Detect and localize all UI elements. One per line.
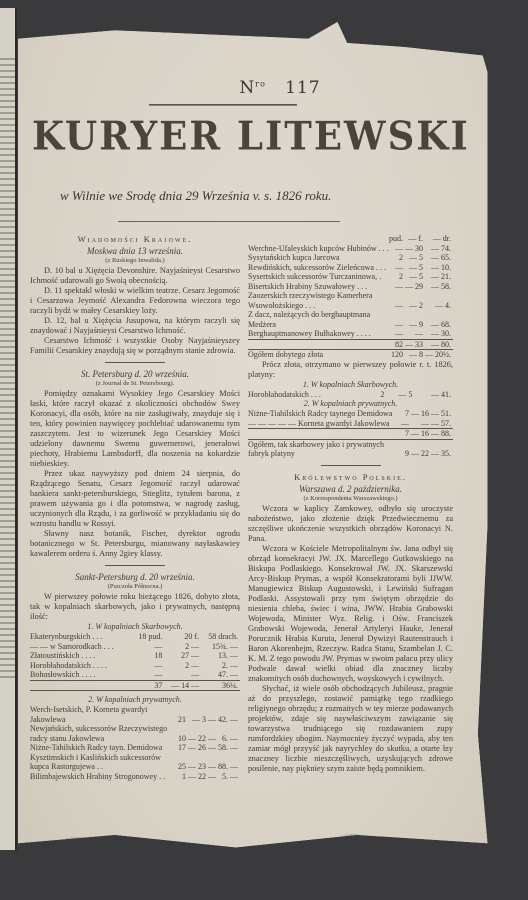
- source-warszawa: (z Korrespondenta Warszawskiego.): [248, 494, 453, 504]
- table-total-row: 82 — 33 — 80.: [248, 339, 453, 350]
- pud-value: —: [389, 282, 405, 292]
- mine-name: Niżne-Tahilskich Radcy tayn. Demidowa: [30, 743, 178, 753]
- separator: [321, 465, 381, 466]
- table-row: Niżne-Tahilskich Radcy tayn. Demidowa 17…: [30, 743, 240, 753]
- dr-value: 58. —: [218, 743, 240, 753]
- f-value: — 26 —: [188, 743, 218, 753]
- table-row: Kysztimskich i Kaslińskich sukcessorów k…: [30, 753, 240, 772]
- mine-name: Sysertskich sukcessorów Turczaninowa, .: [248, 272, 389, 282]
- table-row: Horobłahodatskich . . . 2 — 5 — 41.: [248, 390, 453, 400]
- dateline: w Wilnie we Srodę dnia 29 Września v. s.…: [60, 188, 460, 204]
- dr-total: 36¼.: [201, 680, 240, 691]
- source-sankt-petersburg: (Pszczoła Północna.): [30, 582, 240, 592]
- table-row: Zaozerskich rzeczywistego Kamerhera Wsow…: [248, 291, 453, 310]
- dr-grand-total: — 35.: [431, 439, 453, 459]
- pud-value: —: [389, 244, 405, 254]
- f-value: — 5: [386, 390, 414, 400]
- issue-prefix: N: [239, 78, 255, 98]
- table-total-row: 37 — 14 — 36¼.: [30, 680, 240, 691]
- pud-value: 2: [389, 253, 405, 263]
- f-value: — 22 —: [188, 772, 218, 782]
- f-value: — 3 —: [188, 705, 218, 724]
- dr-value: — 74.: [425, 244, 453, 254]
- table-total-row: 7 — 16 — 88.: [248, 429, 453, 440]
- f-value: — 5: [405, 263, 425, 273]
- dr-total: — 80.: [425, 339, 453, 350]
- table-row: Bilimbajewskich Hrabiny Strogonowey . . …: [30, 772, 240, 782]
- dr-value: — 65.: [425, 253, 453, 263]
- right-column: pud. — f. — dr. Werchne-Ufaleyskich kupc…: [248, 234, 453, 774]
- table-header-row: pud. — f. — dr.: [248, 234, 453, 244]
- pud-value: 17: [178, 743, 188, 753]
- mine-name: Werchne-Ufaleyskich kupców Hubinów . . .: [248, 244, 389, 254]
- previous-page-edge: [0, 8, 17, 850]
- paragraph: D. 12, bal u Xiężęcia Jusupowa, na który…: [30, 316, 240, 336]
- table-row: Werchne-Ufaleyskich kupców Hubinów . . .…: [248, 244, 453, 254]
- pud-value: 7: [401, 409, 411, 419]
- pud-value: —: [389, 329, 405, 339]
- dr-total: — 88.: [431, 429, 453, 440]
- f-total: — 14 —: [164, 680, 201, 691]
- pud-value: —: [389, 263, 405, 273]
- table-row: Bisertskich Hrabiny Szuwałowey . . . — —…: [248, 282, 453, 292]
- f-value: —: [411, 419, 431, 429]
- pud-value: 2: [376, 390, 387, 400]
- section-header-poland: Królewstwo Polskie.: [248, 472, 453, 482]
- ink-stain: [338, 834, 368, 844]
- pud-value: 10: [178, 724, 188, 743]
- paragraph: D. 11 spektakl włoski w wielkim teatrze.…: [30, 286, 240, 316]
- pud-value: —: [389, 310, 405, 329]
- pud-value: —: [389, 291, 405, 310]
- table-row: Sysytańskich kupca Jarcowa 2 — 5 — 65.: [248, 253, 453, 263]
- dr-value: — 57.: [431, 419, 453, 429]
- pud-total: 7: [401, 429, 411, 440]
- masthead-rule: [149, 104, 297, 106]
- place-warszawa: Warszawa d. 2 października.: [248, 484, 453, 494]
- place-petersburg: St. Petersburg d. 20 września.: [30, 369, 240, 379]
- dr-value: — 41.: [414, 390, 453, 400]
- f-grand-total: — 22: [411, 439, 431, 459]
- paragraph: Pomiędzy oznakami Wysokiey Jego Cesarski…: [30, 389, 240, 469]
- paragraph: Sławny nasz botanik, Fischer, dyrektor o…: [30, 529, 240, 559]
- table-row: Sysertskich sukcessorów Turczaninowa, . …: [248, 272, 453, 282]
- f-grand-total: — 8: [405, 350, 425, 360]
- f-value: — 16: [411, 409, 431, 419]
- f-value: — 29: [405, 282, 425, 292]
- source-moskwa: (z Ruskiego Inwalida.): [30, 256, 240, 266]
- grand-total-label: Ogółem, tak skarbowey jako i prywatnych …: [248, 439, 401, 459]
- mine-name: Bohosłowskich . . . .: [30, 670, 133, 680]
- mine-name: Horobłahodatskich . . . .: [30, 661, 133, 671]
- place-moskwa: Moskwa dnia 13 września.: [30, 246, 240, 256]
- mine-name: — — w Samorodkach . . .: [30, 642, 133, 652]
- pud-value: 21: [178, 705, 188, 724]
- issue-number-value: 117: [285, 78, 320, 98]
- pud-value: —: [401, 419, 411, 429]
- table-row: Bohosłowskich . . . . — — 47. —: [30, 670, 240, 680]
- dr-value: 2. —: [201, 661, 240, 671]
- paragraph: Wczora w kaplicy Zamkowey, odbyło się ur…: [248, 504, 453, 544]
- paragraph: Wczora w Kościele Metropolitalnym św. Ja…: [248, 544, 453, 684]
- mine-name: Zaozerskich rzeczywistego Kamerhera Wsow…: [248, 291, 389, 310]
- mine-name: Niżne-Tiahilskich Radcy taynego Demidowa: [248, 409, 401, 419]
- f-value: — 2: [405, 291, 425, 310]
- newspaper-page: Nro 117 KURYER LITEWSKI w Wilnie we Srod…: [18, 22, 502, 860]
- dr-value: 88. —: [218, 753, 240, 772]
- issue-sup: ro: [255, 79, 266, 88]
- paragraph: Prócz złota, otrzymano w pierwszey połow…: [248, 360, 453, 380]
- gold-private-mines-table: Werch-Isetskich, P. Korneta gwardyi Jako…: [30, 705, 240, 781]
- dateline-rule: [118, 221, 340, 222]
- dr-value: 58 drach.: [201, 632, 240, 642]
- paragraph: Cesarstwo Ichmość i wszystkie Osoby Nayj…: [30, 336, 240, 356]
- f-header: — f.: [405, 234, 425, 244]
- f-total: — 16: [411, 429, 431, 440]
- dr-value: — 30.: [425, 329, 453, 339]
- mine-name: Ekaterynburgskich . . .: [30, 632, 133, 642]
- table-row: — — w Samorodkach . . . — 2 — 15¾. —: [30, 642, 240, 652]
- grand-total-row: Ogółem, tak skarbowey jako i prywatnych …: [248, 439, 453, 459]
- pud-value: 25: [178, 753, 188, 772]
- place-sankt-petersburg: Sankt-Petersburg d. 20 września.: [30, 572, 240, 582]
- table-row: Złatoustińskich . . . . 18 27 — 13. —: [30, 651, 240, 661]
- table-row: Ekaterynburgskich . . . 18 pud. 20 f. 58…: [30, 632, 240, 642]
- f-value: — 23 —: [188, 753, 218, 772]
- mine-name: Berghauptmanowey Bułhakowey . . . .: [248, 329, 389, 339]
- separator: [105, 565, 165, 566]
- subsection-title: 2. W kopalniach prywatnych.: [30, 695, 240, 705]
- mine-name: — — — — — Korneta gwardyi Jakowlewa: [248, 419, 401, 429]
- table-row: Horobłahodatskich . . . . — 2 — 2. —: [30, 661, 240, 671]
- mine-name: Sysytańskich kupca Jarcowa: [248, 253, 389, 263]
- subsection-title: 2. W kopalniach prywatnych.: [248, 399, 453, 409]
- table-row: Z dacz, należących do berghauptmana Medż…: [248, 310, 453, 329]
- table-row: Rewdińskich, sukcessorów Zieleńcowa . . …: [248, 263, 453, 273]
- pud-value: —: [133, 661, 165, 671]
- pud-grand-total: 120: [389, 350, 405, 360]
- dr-value: — 51.: [431, 409, 453, 419]
- table-row: Newjańskich, sukcessorów Rzeczywistego r…: [30, 724, 240, 743]
- f-value: 2 —: [164, 642, 201, 652]
- mine-name: Werch-Isetskich, P. Korneta gwardyi Jako…: [30, 705, 178, 724]
- f-value: 20 f.: [164, 632, 201, 642]
- mine-name: Horobłahodatskich . . .: [248, 390, 376, 400]
- f-total: — 33: [405, 339, 425, 350]
- dr-value: 15¾. —: [201, 642, 240, 652]
- paragraph: W pierwszey połowie roku bieżącego 1826,…: [30, 592, 240, 622]
- f-value: 27 —: [164, 651, 201, 661]
- table-row: Werch-Isetskich, P. Korneta gwardyi Jako…: [30, 705, 240, 724]
- pud-grand-total: 9: [401, 439, 411, 459]
- dr-value: 6. —: [218, 724, 240, 743]
- platinum-state-mines-table: Horobłahodatskich . . . 2 — 5 — 41.: [248, 390, 453, 400]
- f-value: 2 —: [164, 661, 201, 671]
- table-row: Berghauptmanowey Bułhakowey . . . . — — …: [248, 329, 453, 339]
- platinum-private-mines-table: Niżne-Tiahilskich Radcy taynego Demidowa…: [248, 409, 453, 459]
- dr-value: 42. —: [218, 705, 240, 724]
- f-value: —: [405, 329, 425, 339]
- gold-private-mines-continued-table: pud. — f. — dr. Werchne-Ufaleyskich kupc…: [248, 234, 453, 360]
- issue-number: Nro 117: [18, 78, 502, 98]
- subsection-title: 1. W kopalniach Skarbowych.: [248, 380, 453, 390]
- left-column: Wiadomości Krajowe. Moskwa dnia 13 wrześ…: [30, 234, 240, 781]
- pud-total: 82: [389, 339, 405, 350]
- dr-value: — 10.: [425, 263, 453, 273]
- dr-header: — dr.: [425, 234, 453, 244]
- gold-state-mines-table: Ekaterynburgskich . . . 18 pud. 20 f. 58…: [30, 632, 240, 691]
- ink-stain: [58, 837, 98, 849]
- pud-value: 18: [133, 651, 165, 661]
- paragraph: Przez ukaz naywyższy pod dniem 24 sierpn…: [30, 469, 240, 529]
- source-petersburg: (z Journal de St. Petersbourg).: [30, 379, 240, 389]
- f-value: — 5: [405, 272, 425, 282]
- table-row: Niżne-Tiahilskich Radcy taynego Demidowa…: [248, 409, 453, 419]
- dr-value: — 68.: [425, 310, 453, 329]
- mine-name: Kysztimskich i Kaslińskich sukcessorów k…: [30, 753, 178, 772]
- f-value: — 5: [405, 253, 425, 263]
- mine-name: Newjańskich, sukcessorów Rzeczywistego r…: [30, 724, 178, 743]
- previous-page-text: [0, 58, 15, 678]
- paragraph: D. 10 bal u Xiężęcia Devonshire. Nayjaśn…: [30, 266, 240, 286]
- paragraph: Słychać, iż wiele osób obchodzących Jubi…: [248, 684, 453, 774]
- pud-total: 37: [133, 680, 165, 691]
- table-row: — — — — — Korneta gwardyi Jakowlewa — — …: [248, 419, 453, 429]
- f-value: — 22 —: [188, 724, 218, 743]
- subsection-title: 1. W kopalniach Skarbowych.: [30, 622, 240, 632]
- dr-value: — 58.: [425, 282, 453, 292]
- f-value: —: [164, 670, 201, 680]
- mine-name: Bisertskich Hrabiny Szuwałowey . . .: [248, 282, 389, 292]
- dr-value: 5. —: [218, 772, 240, 782]
- dr-value: 13. —: [201, 651, 240, 661]
- mine-name: Rewdińskich, sukcessorów Zieleńcowa . . …: [248, 263, 389, 273]
- pud-value: 18 pud.: [133, 632, 165, 642]
- dr-grand-total: — 20½.: [425, 350, 453, 360]
- pud-value: —: [133, 642, 165, 652]
- dr-value: — 21.: [425, 272, 453, 282]
- pud-header: pud.: [389, 234, 405, 244]
- newspaper-title: KURYER LITEWSKI: [32, 113, 432, 159]
- mine-name: Złatoustińskich . . . .: [30, 651, 133, 661]
- mine-name: Bilimbajewskich Hrabiny Strogonowey . .: [30, 772, 178, 782]
- separator: [105, 362, 165, 363]
- f-value: — 30: [405, 244, 425, 254]
- grand-total-row: Ogółem dobytego złota 120 — 8 — 20½.: [248, 350, 453, 360]
- dr-value: — 4.: [425, 291, 453, 310]
- f-value: — 9: [405, 310, 425, 329]
- pud-value: —: [133, 670, 165, 680]
- pud-value: 2: [389, 272, 405, 282]
- grand-total-label: Ogółem dobytego złota: [248, 350, 389, 360]
- pud-value: 1: [178, 772, 188, 782]
- section-header-domestic: Wiadomości Krajowe.: [30, 234, 240, 244]
- dr-value: 47. —: [201, 670, 240, 680]
- mine-name: Z dacz, należących do berghauptmana Medż…: [248, 310, 389, 329]
